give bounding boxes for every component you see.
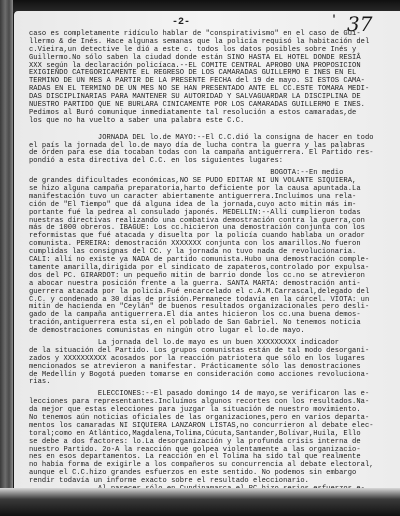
scan-binding-edge [0, 0, 13, 516]
margin-mark: ' [331, 15, 337, 26]
document-body: caso es completamente ridículo hablar de… [29, 31, 389, 502]
paragraph-jornada: JORNADA DEL lo.de MAYO:--El C.C.dió la c… [29, 135, 389, 167]
text-line: de Medellín y Bogotá pueden tomarse en c… [29, 372, 389, 380]
scan-bottom-shadow [0, 488, 400, 516]
text-line: de demostraciones comunistas en ningún o… [29, 328, 389, 336]
paragraph-lugares: BOGOTA:--En mediode grandes dificultades… [29, 170, 389, 336]
text-line: pondió a esta directiva del C.C. en los … [29, 158, 389, 166]
paragraph-indicador: La jornada del lo.de mayo es un buen XXX… [29, 340, 389, 387]
paragraph-conspiracy: caso es completamente ridículo hablar de… [29, 31, 389, 126]
page-marker: -2- [172, 17, 190, 28]
paragraph-elecciones: ELECCIONES:--El pasado domingo 14 de may… [29, 391, 389, 501]
text-line: los que no ha vuelto a saber una palabra… [29, 118, 389, 126]
text-line: rias. [29, 379, 389, 387]
